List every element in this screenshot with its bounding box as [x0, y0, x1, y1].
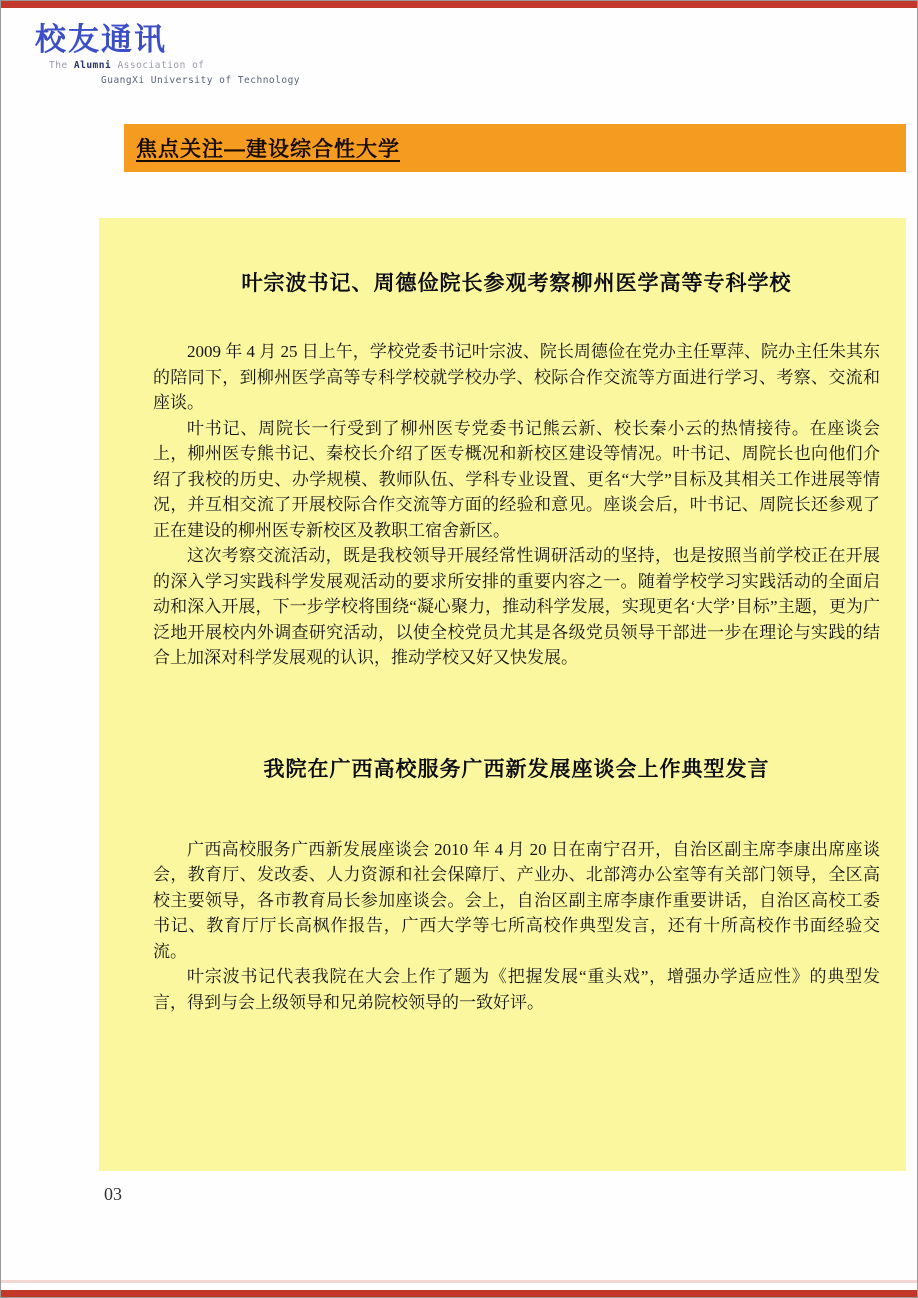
- content-panel: 叶宗波书记、周德俭院长参观考察柳州医学高等专科学校 2009 年 4 月 25 …: [99, 218, 906, 1171]
- section-banner: 焦点关注—建设综合性大学: [124, 124, 906, 172]
- article-1-title: 叶宗波书记、周德俭院长参观考察柳州医学高等专科学校: [153, 269, 880, 299]
- page-number: 03: [104, 1184, 122, 1205]
- article-2-paragraph: 叶宗波书记代表我院在大会上作了题为《把握发展“重头戏”，增强办学适应性》的典型发…: [153, 964, 880, 1015]
- logo-title: 校友通讯: [35, 23, 300, 57]
- article-2-body: 广西高校服务广西新发展座谈会 2010 年 4 月 20 日在南宁召开，自治区副…: [153, 837, 880, 1016]
- article-2-title: 我院在广西高校服务广西新发展座谈会上作典型发言: [153, 755, 880, 785]
- logo-subtitle-alumni: Alumni: [74, 60, 111, 71]
- section-banner-label: 焦点关注—建设综合性大学: [136, 133, 400, 163]
- top-accent-bar: [1, 1, 917, 8]
- article-2: 我院在广西高校服务广西新发展座谈会上作典型发言 广西高校服务广西新发展座谈会 2…: [153, 755, 880, 1016]
- article-1-paragraph: 2009 年 4 月 25 日上午，学校党委书记叶宗波、院长周德俭在党办主任覃萍…: [153, 339, 880, 416]
- article-2-paragraph: 广西高校服务广西新发展座谈会 2010 年 4 月 20 日在南宁召开，自治区副…: [153, 837, 880, 965]
- newsletter-page: 校友通讯 The Alumni Association of GuangXi U…: [0, 0, 918, 1298]
- logo-subtitle-post: Association of: [111, 60, 204, 71]
- masthead-logo: 校友通讯 The Alumni Association of GuangXi U…: [35, 23, 300, 86]
- bottom-accent-bar: [1, 1290, 917, 1298]
- article-1: 叶宗波书记、周德俭院长参观考察柳州医学高等专科学校 2009 年 4 月 25 …: [153, 269, 880, 671]
- article-1-paragraph: 这次考察交流活动，既是我校领导开展经常性调研活动的坚持，也是按照当前学校正在开展…: [153, 543, 880, 671]
- bottom-faint-line: [1, 1280, 917, 1283]
- logo-subtitle-line2: GuangXi University of Technology: [101, 75, 300, 86]
- logo-subtitle-pre: The: [49, 60, 74, 71]
- article-1-body: 2009 年 4 月 25 日上午，学校党委书记叶宗波、院长周德俭在党办主任覃萍…: [153, 339, 880, 671]
- logo-subtitle-line1: The Alumni Association of: [49, 60, 300, 71]
- article-1-paragraph: 叶书记、周院长一行受到了柳州医专党委书记熊云新、校长秦小云的热情接待。在座谈会上…: [153, 416, 880, 544]
